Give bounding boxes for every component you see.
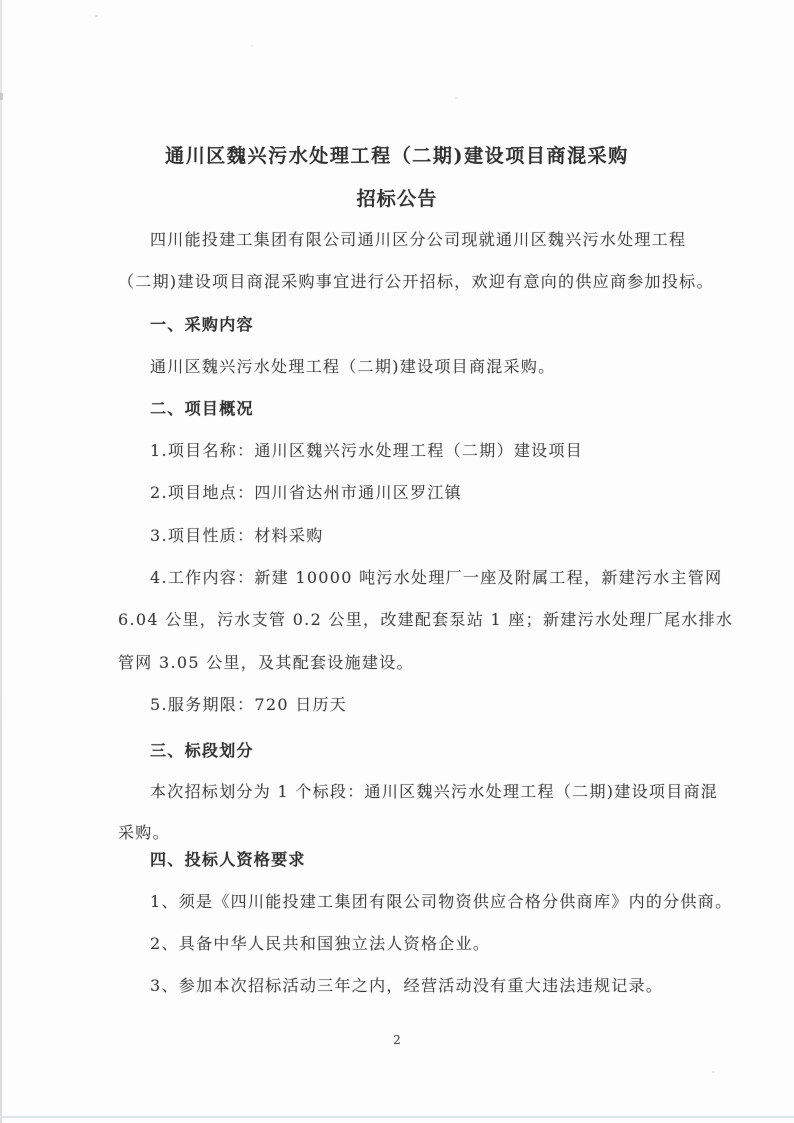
section1-heading: 一、采购内容	[150, 312, 254, 335]
intro-line-1: 四川能投建工集团有限公司通川区分公司现就通川区魏兴污水处理工程	[150, 227, 686, 250]
document-page: 通川区魏兴污水处理工程（二期)建设项目商混采购 招标公告 四川能投建工集团有限公…	[0, 0, 794, 1123]
scan-speck	[455, 97, 458, 99]
section2-item3-project-nature: 3.项目性质：材料采购	[150, 523, 324, 546]
section4-item1: 1、须是《四川能投建工集团有限公司物资供应合格分供商库》内的分供商。	[150, 889, 732, 912]
section2-item4-work-content-line2: 6.04 公里，污水支管 0.2 公里，改建配套泵站 1 座；新建污水处理厂尾水…	[118, 607, 733, 630]
intro-line-2: （二期)建设项目商混采购事宜进行公开招标，欢迎有意向的供应商参加投标。	[118, 269, 714, 292]
section2-item1-project-name: 1.项目名称：通川区魏兴污水处理工程（二期）建设项目	[150, 438, 583, 461]
section2-item5-service-period: 5.服务期限：720 日历天	[150, 692, 347, 715]
page-number: 2	[0, 1033, 794, 1047]
section4-item3: 3、参加本次招标活动三年之内，经营活动没有重大违法违规记录。	[150, 973, 663, 996]
section4-heading: 四、投标人资格要求	[150, 847, 306, 870]
section1-content: 通川区魏兴污水处理工程（二期)建设项目商混采购。	[150, 354, 555, 377]
section2-heading: 二、项目概况	[150, 396, 254, 419]
scan-left-edge	[0, 0, 2, 1123]
section3-content-line1: 本次招标划分为 1 个标段：通川区魏兴污水处理工程（二期)建设项目商混	[150, 779, 718, 802]
scan-bottom-edge	[0, 1116, 794, 1118]
doc-title-line2: 招标公告	[0, 184, 794, 211]
section3-heading: 三、标段划分	[150, 738, 254, 761]
section4-item2: 2、具备中华人民共和国独立法人资格企业。	[150, 931, 490, 954]
section2-item4-work-content-line3: 管网 3.05 公里，及其配套设施建设。	[118, 650, 414, 673]
doc-title-line1: 通川区魏兴污水处理工程（二期)建设项目商混采购	[0, 141, 794, 168]
section2-item4-work-content-line1: 4.工作内容：新建 10000 吨污水处理厂一座及附属工程，新建污水主管网	[150, 565, 722, 588]
scan-speck	[251, 45, 253, 47]
scan-speck	[95, 15, 98, 17]
scan-edge-mark	[0, 93, 3, 100]
scan-speck	[712, 1071, 715, 1073]
section2-item2-project-location: 2.项目地点：四川省达州市通川区罗江镇	[150, 480, 462, 503]
section3-content-line2: 采购。	[118, 820, 170, 843]
